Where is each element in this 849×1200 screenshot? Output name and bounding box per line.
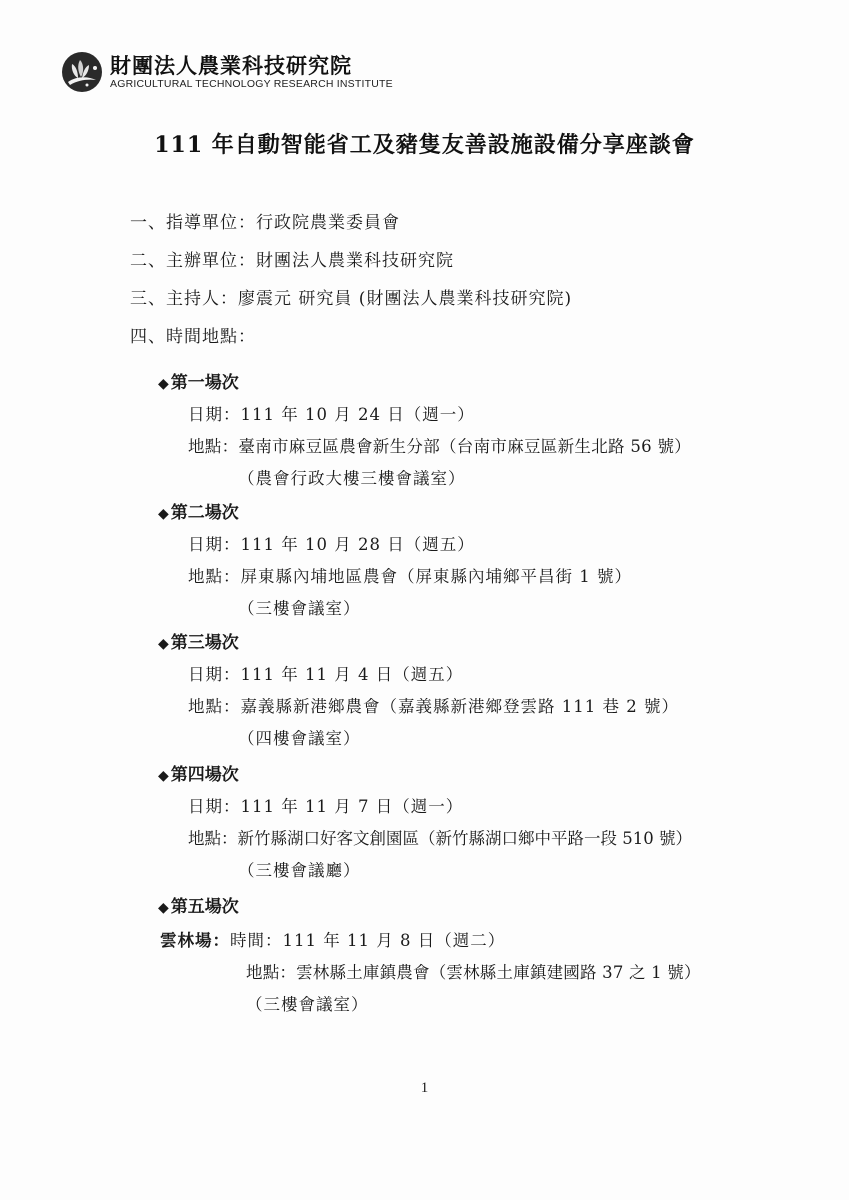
- place-label: 地點：: [188, 437, 238, 456]
- section-host: 三、主持人：廖震元 研究員 (財團法人農業科技研究院): [130, 288, 572, 310]
- section-number: 三、: [130, 289, 166, 309]
- session-3-heading: ◆第三場次: [158, 632, 239, 655]
- section-time-place: 四、時間地點：: [130, 326, 256, 348]
- date-value: 111 年 10 月 24 日（週一）: [241, 405, 475, 424]
- session-title: 第二場次: [171, 503, 239, 523]
- section-organizer: 二、主辦單位：財團法人農業科技研究院: [130, 250, 454, 272]
- session-1-room: （農會行政大樓三樓會議室）: [238, 468, 466, 490]
- date-value: 111 年 11 月 7 日（週一）: [241, 797, 464, 816]
- place-value: 臺南市麻豆區農會新生分部（台南市麻豆區新生北路 56 號）: [238, 437, 691, 456]
- session-5-heading: ◆第五場次: [158, 896, 239, 919]
- section-label: 時間地點：: [166, 327, 256, 347]
- session-5-place: 地點：雲林縣土庫鎮農會（雲林縣土庫鎮建國路 37 之 1 號）: [246, 962, 701, 984]
- place-label: 地點：: [188, 697, 241, 716]
- session-title: 第四場次: [171, 765, 239, 785]
- session-location-prefix: 雲林場：: [160, 931, 230, 950]
- session-2-place: 地點：屏東縣內埔地區農會（屏東縣內埔鄉平昌街 1 號）: [188, 566, 632, 588]
- date-label: 日期：: [188, 665, 241, 684]
- section-number: 四、: [130, 327, 166, 347]
- place-label: 地點：: [188, 567, 241, 586]
- section-value: 財團法人農業科技研究院: [256, 251, 454, 271]
- section-number: 一、: [130, 213, 166, 233]
- session-4-date: 日期：111 年 11 月 7 日（週一）: [188, 796, 463, 818]
- date-value: 111 年 11 月 4 日（週五）: [241, 665, 464, 684]
- session-title: 第五場次: [171, 897, 239, 917]
- diamond-bullet-icon: ◆: [158, 636, 169, 652]
- diamond-bullet-icon: ◆: [158, 506, 169, 522]
- page-number: 1: [0, 1080, 849, 1097]
- document-page: 財團法人農業科技研究院 AGRICULTURAL TECHNOLOGY RESE…: [0, 0, 849, 1200]
- session-2-date: 日期：111 年 10 月 28 日（週五）: [188, 534, 475, 556]
- section-guidance-unit: 一、指導單位：行政院農業委員會: [130, 212, 400, 234]
- org-name-en: AGRICULTURAL TECHNOLOGY RESEARCH INSTITU…: [110, 78, 393, 91]
- date-value: 111 年 10 月 28 日（週五）: [241, 535, 475, 554]
- session-3-date: 日期：111 年 11 月 4 日（週五）: [188, 664, 463, 686]
- session-4-room: （三樓會議廳）: [238, 860, 361, 882]
- session-title: 第三場次: [171, 633, 239, 653]
- place-label: 地點：: [188, 829, 238, 848]
- session-4-heading: ◆第四場次: [158, 764, 239, 787]
- session-2-heading: ◆第二場次: [158, 502, 239, 525]
- session-1-date: 日期：111 年 10 月 24 日（週一）: [188, 404, 475, 426]
- session-1-heading: ◆第一場次: [158, 372, 239, 395]
- session-title: 第一場次: [171, 373, 239, 393]
- date-label: 日期：: [188, 797, 241, 816]
- section-value: 行政院農業委員會: [256, 213, 400, 233]
- section-number: 二、: [130, 251, 166, 271]
- session-3-place: 地點：嘉義縣新港鄉農會（嘉義縣新港鄉登雲路 111 巷 2 號）: [188, 696, 679, 718]
- session-3-room: （四樓會議室）: [238, 728, 361, 750]
- document-title: 111 年自動智能省工及豬隻友善設施設備分享座談會: [0, 128, 849, 159]
- date-label: 日期：: [188, 405, 241, 424]
- section-label: 指導單位：: [166, 213, 256, 233]
- date-label: 時間：: [230, 931, 283, 950]
- session-1-place: 地點：臺南市麻豆區農會新生分部（台南市麻豆區新生北路 56 號）: [188, 436, 691, 458]
- section-value: 廖震元 研究員 (財團法人農業科技研究院): [238, 289, 572, 309]
- diamond-bullet-icon: ◆: [158, 768, 169, 784]
- diamond-bullet-icon: ◆: [158, 900, 169, 916]
- session-2-room: （三樓會議室）: [238, 598, 361, 620]
- place-value: 屏東縣內埔地區農會（屏東縣內埔鄉平昌街 1 號）: [241, 567, 633, 586]
- place-value: 新竹縣湖口好客文創園區（新竹縣湖口鄉中平路一段 510 號）: [238, 829, 692, 848]
- place-value: 雲林縣土庫鎮農會（雲林縣土庫鎮建國路 37 之 1 號）: [296, 963, 701, 982]
- place-label: 地點：: [246, 963, 296, 982]
- section-label: 主持人：: [166, 289, 238, 309]
- org-header: 財團法人農業科技研究院 AGRICULTURAL TECHNOLOGY RESE…: [62, 52, 393, 92]
- diamond-bullet-icon: ◆: [158, 376, 169, 392]
- date-value: 111 年 11 月 8 日（週二）: [283, 931, 506, 950]
- atri-logo-icon: [62, 52, 102, 92]
- session-5-room: （三樓會議室）: [246, 994, 369, 1016]
- org-name-zh: 財團法人農業科技研究院: [110, 54, 393, 78]
- place-value: 嘉義縣新港鄉農會（嘉義縣新港鄉登雲路 111 巷 2 號）: [241, 697, 679, 716]
- section-label: 主辦單位：: [166, 251, 256, 271]
- session-4-place: 地點：新竹縣湖口好客文創園區（新竹縣湖口鄉中平路一段 510 號）: [188, 828, 692, 850]
- session-5-date: 雲林場：時間：111 年 11 月 8 日（週二）: [160, 930, 505, 952]
- date-label: 日期：: [188, 535, 241, 554]
